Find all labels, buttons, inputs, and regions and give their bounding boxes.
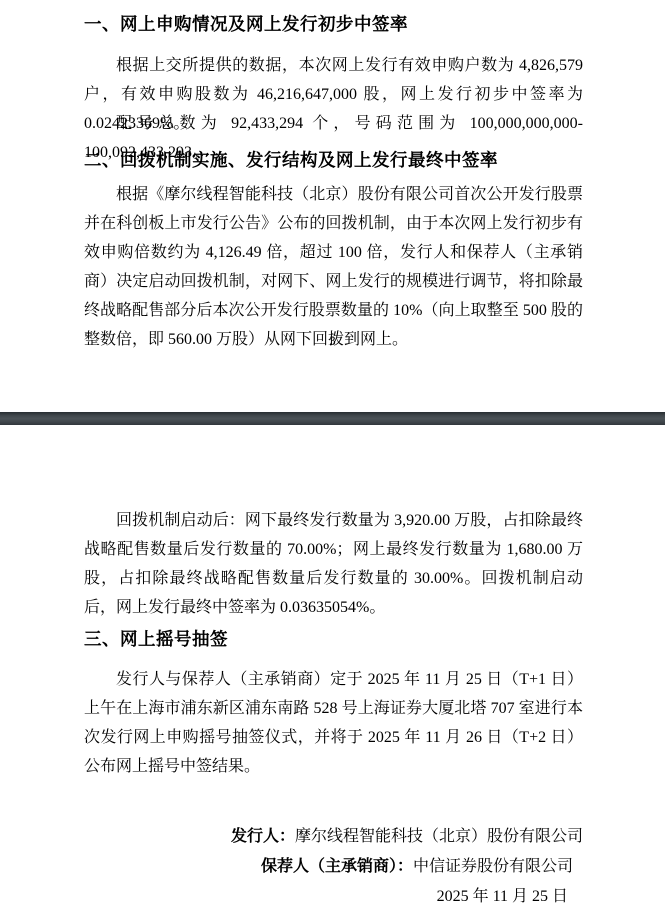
page-separator-bar xyxy=(0,412,665,425)
sponsor-label: 保荐人（主承销商）： xyxy=(261,858,413,875)
page-number: 3 xyxy=(0,334,665,349)
issuer-label: 发行人： xyxy=(231,828,295,845)
signature-issuer-line: 发行人：摩尔线程智能科技（北京）股份有限公司 xyxy=(231,826,583,848)
section1-heading: 一、网上申购情况及网上发行初步中签率 xyxy=(84,13,587,36)
section2-paragraph-clawback-mechanism: 根据《摩尔线程智能科技（北京）股份有限公司首次公开发行股票并在科创板上市发行公告… xyxy=(84,180,583,354)
signature-date-line: 2025 年 11 月 25 日 xyxy=(437,886,568,908)
section2-paragraph-final-allocation: 回拨机制启动后：网下最终发行数量为 3,920.00 万股，占扣除最终战略配售数… xyxy=(84,506,583,622)
signature-sponsor-line: 保荐人（主承销商）：中信证券股份有限公司 xyxy=(261,856,573,878)
issuer-name: 摩尔线程智能科技（北京）股份有限公司 xyxy=(295,828,583,845)
pdf-document-view: 一、网上申购情况及网上发行初步中签率 根据上交所提供的数据，本次网上发行有效申购… xyxy=(0,0,665,910)
announcement-date: 2025 年 11 月 25 日 xyxy=(437,888,568,905)
section3-paragraph-lottery-ceremony: 发行人与保荐人（主承销商）定于 2025 年 11 月 25 日（T+1 日）上… xyxy=(84,665,583,781)
section2-heading: 二、回拨机制实施、发行结构及网上发行最终中签率 xyxy=(84,149,587,172)
section3-heading: 三、网上摇号抽签 xyxy=(84,628,587,651)
sponsor-name: 中信证券股份有限公司 xyxy=(413,858,573,875)
